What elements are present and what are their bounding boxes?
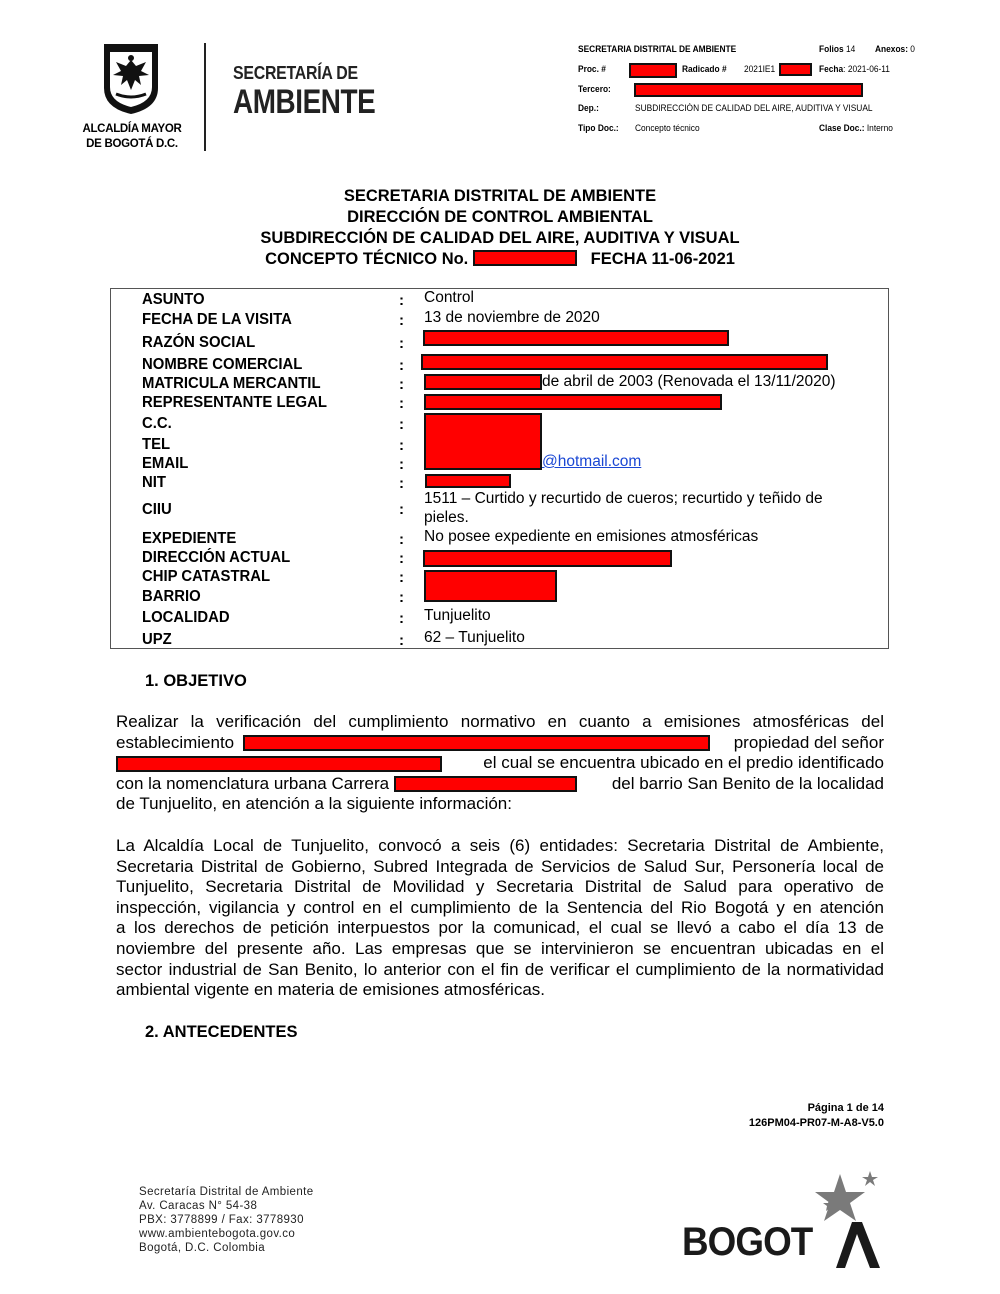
para1-text-propiedad: propiedad del señor	[734, 733, 884, 754]
info-value-continued: pieles.	[424, 509, 469, 527]
address-line: Av. Caracas N° 54-38	[139, 1199, 314, 1213]
alcaldia-line1: ALCALDÍA MAYOR	[78, 122, 186, 137]
tipo-doc-label: Tipo Doc.:	[578, 123, 619, 134]
info-separator: :	[399, 357, 404, 374]
info-label: NIT	[142, 474, 166, 492]
clase-doc-label: Clase Doc.:	[819, 123, 865, 134]
proc-label: Proc. #	[578, 64, 606, 75]
para2-line: sector industrial de San Benito, lo ante…	[116, 960, 884, 981]
anexos-value: 0	[910, 44, 915, 55]
redacted-cc-tel-email	[424, 413, 542, 470]
info-label: CIIU	[142, 501, 172, 519]
info-separator: :	[399, 416, 404, 433]
redacted-matricula	[424, 374, 542, 390]
info-separator: :	[399, 395, 404, 412]
info-separator: :	[399, 501, 404, 518]
address-line: Secretaría Distrital de Ambiente	[139, 1185, 314, 1199]
title-line1: SECRETARIA DISTRITAL DE AMBIENTE	[0, 186, 1000, 207]
stamp-entity: SECRETARIA DISTRITAL DE AMBIENTE	[578, 44, 736, 55]
info-label: DIRECCIÓN ACTUAL	[142, 549, 290, 567]
redacted-establecimiento	[243, 735, 710, 751]
info-separator: :	[399, 610, 404, 627]
address-line: Bogotá, D.C. Colombia	[139, 1241, 314, 1255]
para1-line2: establecimiento propiedad del señor	[116, 733, 884, 754]
info-separator: :	[399, 292, 404, 309]
info-separator: :	[399, 550, 404, 567]
redacted-representante	[424, 394, 722, 410]
tercero-label: Tercero:	[578, 84, 611, 95]
redacted-tercero	[634, 83, 863, 97]
bogota-coat-of-arms-icon	[102, 42, 160, 116]
info-label: C.C.	[142, 415, 172, 433]
title-line3: SUBDIRECCIÓN DE CALIDAD DEL AIRE, AUDITI…	[0, 228, 1000, 249]
para2-line: ambiental vigente en materia de emisione…	[116, 980, 884, 1001]
document-code: 126PM04-PR07-M-A8-V5.0	[749, 1117, 884, 1129]
para2-line: Secretaria Distrital de Gobierno, Subred…	[116, 857, 884, 878]
para1-line5: de Tunjuelito, en atención a la siguient…	[116, 794, 884, 815]
para1-line1: Realizar la verificación del cumplimient…	[116, 712, 884, 733]
anexos-label: Anexos:	[875, 44, 908, 55]
info-separator: :	[399, 312, 404, 329]
info-value: de abril de 2003 (Renovada el 13/11/2020…	[542, 373, 836, 391]
address-line: PBX: 3778899 / Fax: 3778930	[139, 1213, 314, 1227]
info-label: MATRICULA MERCANTIL	[142, 375, 321, 393]
info-label: REPRESENTANTE LEGAL	[142, 394, 327, 412]
alcaldia-logo-text: ALCALDÍA MAYOR DE BOGOTÁ D.C.	[78, 122, 186, 152]
para1-text-nomenclatura: con la nomenclatura urbana Carrera	[116, 774, 389, 793]
dep-label: Dep.:	[578, 103, 599, 114]
para1-text-barrio: del barrio San Benito de la localidad	[612, 774, 884, 795]
section-objetivo-heading: 1. OBJETIVO	[145, 672, 247, 691]
info-label: EXPEDIENTE	[142, 530, 236, 548]
objetivo-paragraph-2: La Alcaldía Local de Tunjuelito, convocó…	[116, 836, 884, 1001]
page-number: Página 1 de 14	[808, 1102, 884, 1114]
info-separator: :	[399, 531, 404, 548]
info-label: NOMBRE COMERCIAL	[142, 356, 302, 374]
info-label: RAZÓN SOCIAL	[142, 334, 255, 352]
para2-line: La Alcaldía Local de Tunjuelito, convocó…	[116, 836, 884, 857]
info-label: BARRIO	[142, 588, 201, 606]
dep-value: SUBDIRECCIÓN DE CALIDAD DEL AIRE, AUDITI…	[635, 103, 873, 114]
info-label: TEL	[142, 436, 170, 454]
info-value: Control	[424, 289, 474, 307]
concepto-tecnico-line: CONCEPTO TÉCNICO No. FECHA 11-06-2021	[0, 249, 1000, 270]
info-label: CHIP CATASTRAL	[142, 568, 270, 586]
radicado-prefix: 2021IE1	[744, 64, 775, 75]
redacted-concepto-number	[473, 250, 577, 266]
clase-doc-value: Interno	[867, 123, 893, 134]
redacted-direccion-carrera	[394, 776, 577, 792]
redacted-nit	[425, 474, 511, 488]
redacted-direccion	[423, 550, 672, 567]
info-separator: :	[399, 569, 404, 586]
redacted-chip-barrio	[424, 570, 557, 602]
address-line: www.ambientebogota.gov.co	[139, 1227, 314, 1241]
info-label: EMAIL	[142, 455, 188, 473]
info-label: ASUNTO	[142, 291, 205, 309]
info-label: UPZ	[142, 631, 172, 649]
info-label: LOCALIDAD	[142, 609, 230, 627]
concepto-label: CONCEPTO TÉCNICO No.	[265, 250, 468, 268]
para2-line: inspección, vigilancia y control en el c…	[116, 898, 884, 919]
footer-address: Secretaría Distrital de Ambiente Av. Car…	[139, 1185, 314, 1255]
info-separator: :	[399, 335, 404, 352]
info-separator: :	[399, 475, 404, 492]
redacted-propietario	[116, 756, 442, 772]
info-separator: :	[399, 376, 404, 393]
redacted-razon-social	[423, 330, 729, 346]
alcaldia-line2: DE BOGOTÁ D.C.	[78, 137, 186, 152]
section-antecedentes-heading: 2. ANTECEDENTES	[145, 1023, 298, 1042]
para1-line3: el cual se encuentra ubicado en el predi…	[116, 753, 884, 774]
radicado-label: Radicado #	[682, 64, 727, 75]
para1-line4: con la nomenclatura urbana Carrera del b…	[116, 774, 884, 795]
info-value: 1511 – Curtido y recurtido de cueros; re…	[424, 490, 823, 508]
para2-line: Tunjuelito, Secretaria Distrital de Movi…	[116, 877, 884, 898]
fecha-value: : 2021-06-11	[843, 64, 890, 75]
redacted-proc	[629, 63, 677, 78]
para2-line: noviembre del presente año. Las empresas…	[116, 939, 884, 960]
bogota-logo-text: BOGOT	[682, 1220, 812, 1265]
redacted-radicado	[779, 63, 812, 76]
info-value: 62 – Tunjuelito	[424, 629, 525, 647]
info-value: 13 de noviembre de 2020	[424, 309, 600, 327]
objetivo-paragraph-1: Realizar la verificación del cumplimient…	[116, 712, 884, 815]
title-line2: DIRECCIÓN DE CONTROL AMBIENTAL	[0, 207, 1000, 228]
tipo-doc-value: Concepto técnico	[635, 123, 700, 134]
secretaria-logo-line2: AMBIENTE	[233, 83, 375, 122]
secretaria-logo-line1: SECRETARÍA DE	[233, 62, 358, 84]
folios-label: Folios	[819, 44, 844, 55]
fecha-label: Fecha	[819, 64, 843, 75]
concepto-fecha: FECHA 11-06-2021	[591, 250, 735, 268]
info-separator: :	[399, 456, 404, 473]
logo-divider	[204, 43, 206, 151]
info-value: Tunjuelito	[424, 607, 491, 625]
para2-line: a los derechos de petición interpuestos …	[116, 918, 884, 939]
info-separator: :	[399, 437, 404, 454]
para1-text-ubicado: el cual se encuentra ubicado en el predi…	[483, 753, 884, 774]
para1-text-establecimiento: establecimiento	[116, 733, 234, 752]
info-value: No posee expediente en emisiones atmosfé…	[424, 528, 758, 546]
info-separator: :	[399, 632, 404, 649]
folios-value: 14	[846, 44, 855, 55]
redacted-nombre-comercial	[421, 354, 828, 370]
info-label: FECHA DE LA VISITA	[142, 311, 292, 329]
bogota-logo: BOGOT	[680, 1168, 885, 1273]
info-separator: :	[399, 589, 404, 606]
